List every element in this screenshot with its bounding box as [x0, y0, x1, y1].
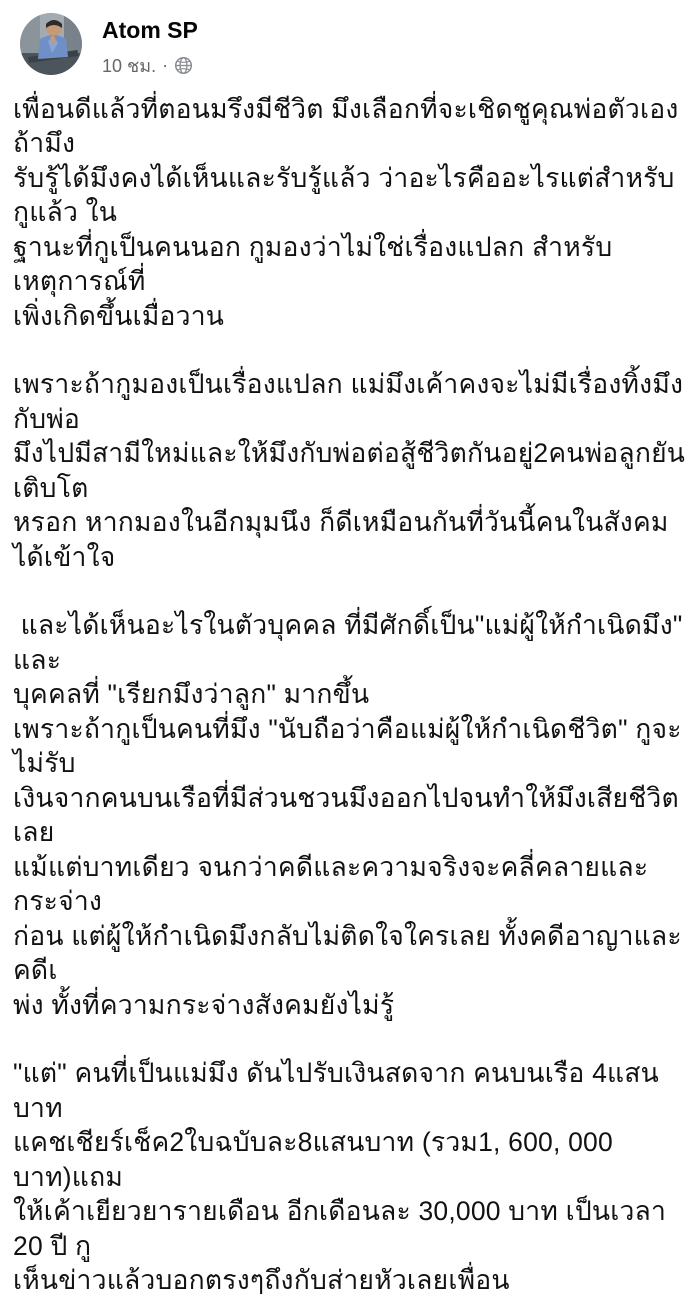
author-name[interactable]: Atom SP	[102, 17, 198, 45]
post-text-paragraph: "แต่" คนที่เป็นแม่มึง ดันไปรับเงินสดจาก …	[13, 1056, 688, 1298]
meta-dot-separator: ·	[162, 55, 168, 76]
post-timestamp[interactable]: 10 ชม.	[102, 51, 156, 80]
post-text-paragraph: เพื่อนดีแล้วที่ตอนมรึงมีชีวิต มึงเลือกที…	[13, 92, 688, 334]
post-body: เพื่อนดีแล้วที่ตอนมรึงมีชีวิต มึงเลือกที…	[0, 88, 700, 1298]
globe-privacy-icon	[174, 56, 193, 75]
post-text-paragraph: เพราะถ้ากูมองเป็นเรื่องแปลก แม่มึงเค้าคง…	[13, 367, 688, 574]
profile-photo-icon	[20, 13, 82, 75]
avatar[interactable]	[20, 13, 82, 75]
post-header: Atom SP 10 ชม. ·	[0, 0, 700, 88]
post-text-paragraph: และได้เห็นอะไรในตัวบุคคล ที่มีศักดิ์เป็น…	[13, 608, 688, 1022]
facebook-post: Atom SP 10 ชม. · เพื่อนดีแล้วที่ตอนมรึงม…	[0, 0, 700, 1312]
post-header-text: Atom SP 10 ชม. ·	[102, 13, 198, 80]
post-meta: 10 ชม. ·	[102, 51, 198, 80]
